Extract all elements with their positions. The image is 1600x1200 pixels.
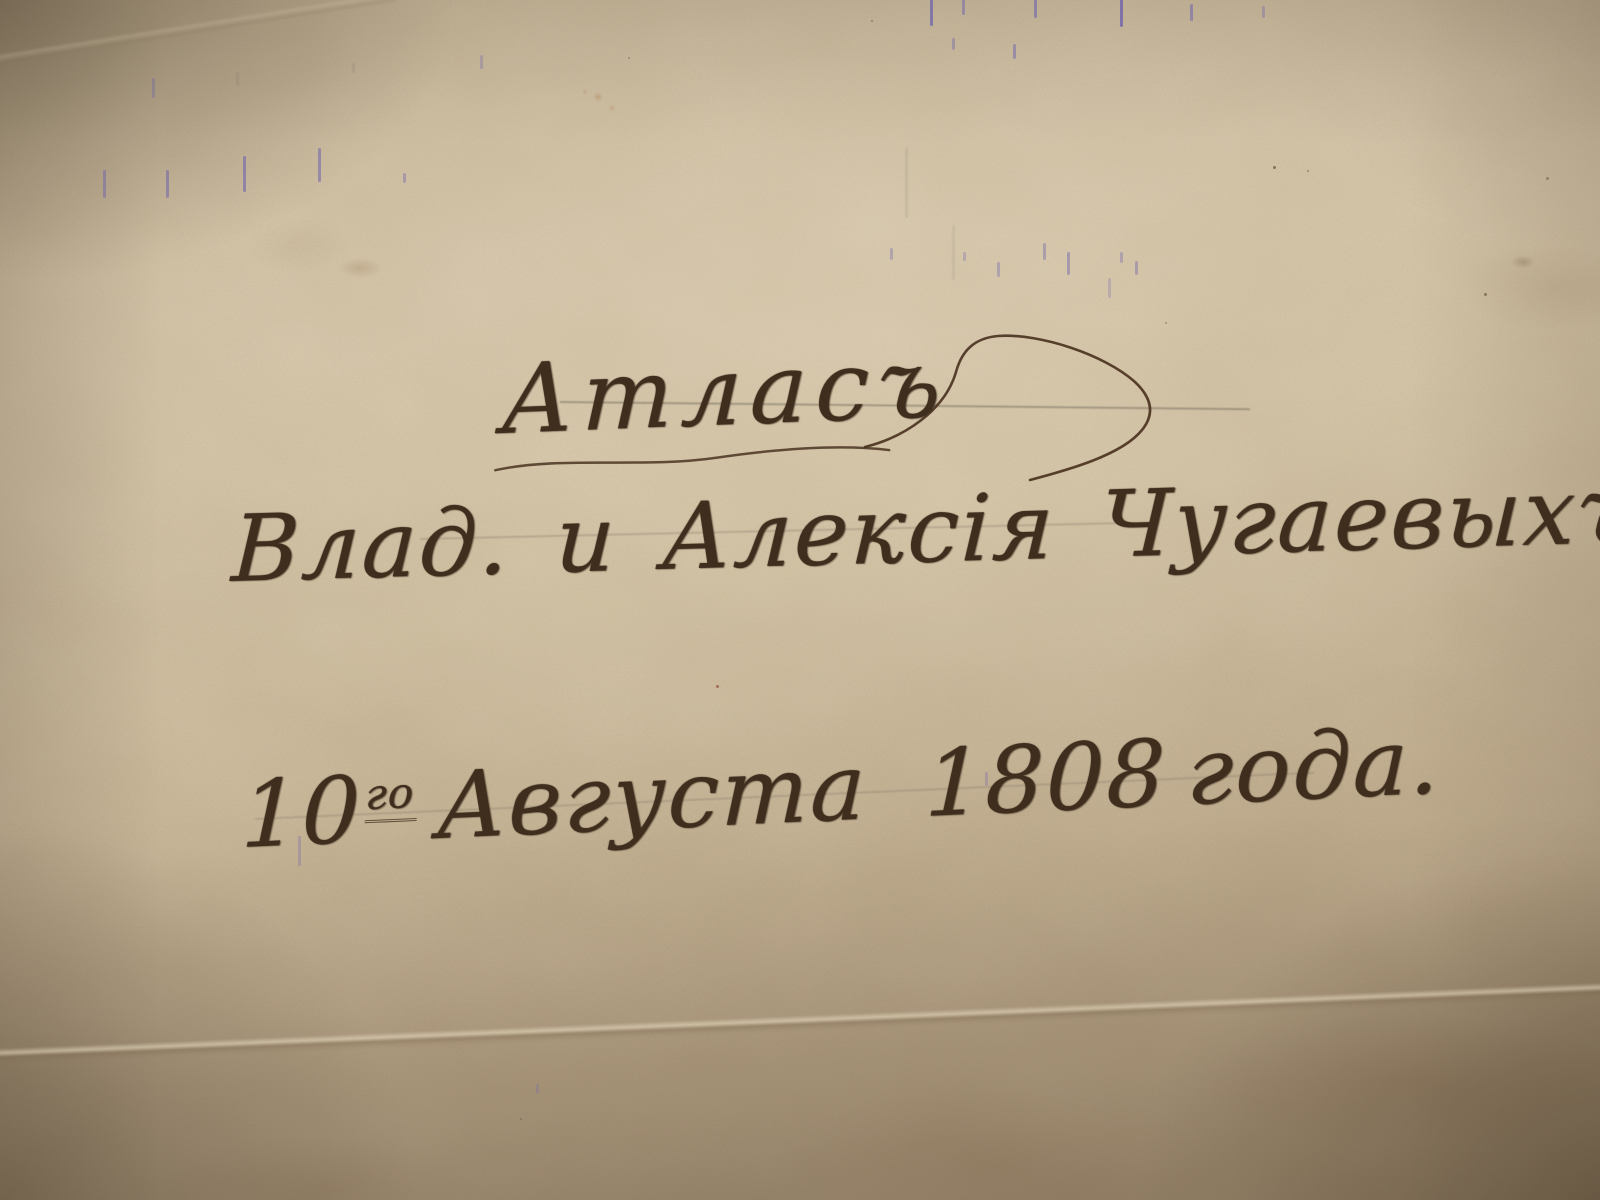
date-year: 1808 (924, 720, 1169, 838)
blue-ink-mark (952, 38, 955, 50)
blue-ink-mark (890, 248, 893, 260)
blue-ink-mark (963, 252, 966, 261)
ink-speck (1273, 166, 1276, 169)
date-ordinal-suffix: го (365, 768, 418, 823)
blue-ink-mark (243, 156, 246, 192)
blue-ink-mark (152, 78, 155, 98)
blue-ink-mark (1108, 278, 1111, 298)
gray-showthrough-mark (905, 148, 908, 218)
gray-showthrough-mark (236, 72, 239, 86)
blue-ink-mark (1120, 252, 1123, 263)
date-day: 10 (240, 756, 364, 869)
ink-speck (1546, 177, 1549, 180)
blue-ink-mark (1034, 0, 1037, 18)
date-word: года. (1186, 707, 1443, 826)
date-space (416, 838, 436, 839)
gray-showthrough-mark (952, 225, 955, 280)
blue-ink-mark (962, 0, 965, 15)
blue-ink-mark (997, 262, 1000, 277)
date-space (1166, 804, 1186, 805)
blue-ink-mark (166, 170, 169, 198)
date-gap (866, 816, 924, 819)
blue-ink-mark (1043, 243, 1046, 260)
ink-speck (1484, 293, 1487, 296)
blue-ink-mark (1262, 6, 1265, 18)
ink-speck (1307, 170, 1309, 172)
gray-showthrough-mark (352, 63, 355, 73)
ink-speck (628, 57, 630, 59)
blue-ink-mark (1190, 4, 1193, 21)
ink-speck (716, 685, 719, 688)
blue-ink-mark (1120, 0, 1123, 27)
blue-ink-mark (103, 170, 106, 198)
blue-ink-mark (1067, 252, 1070, 275)
blue-ink-mark (403, 173, 406, 183)
blue-ink-mark (1135, 261, 1138, 275)
blue-ink-mark (1013, 44, 1016, 59)
ink-speck (520, 1118, 522, 1120)
blue-ink-mark (930, 0, 933, 26)
blue-ink-mark (480, 55, 483, 69)
photograph-of-manuscript: Атласъ Влад. и Алексія Чугаевыхъ 10го Ав… (0, 0, 1600, 1200)
ink-speck (871, 20, 873, 22)
blue-ink-mark (318, 148, 321, 182)
blue-ink-mark (536, 1084, 539, 1094)
date-month: Августа (436, 733, 869, 860)
